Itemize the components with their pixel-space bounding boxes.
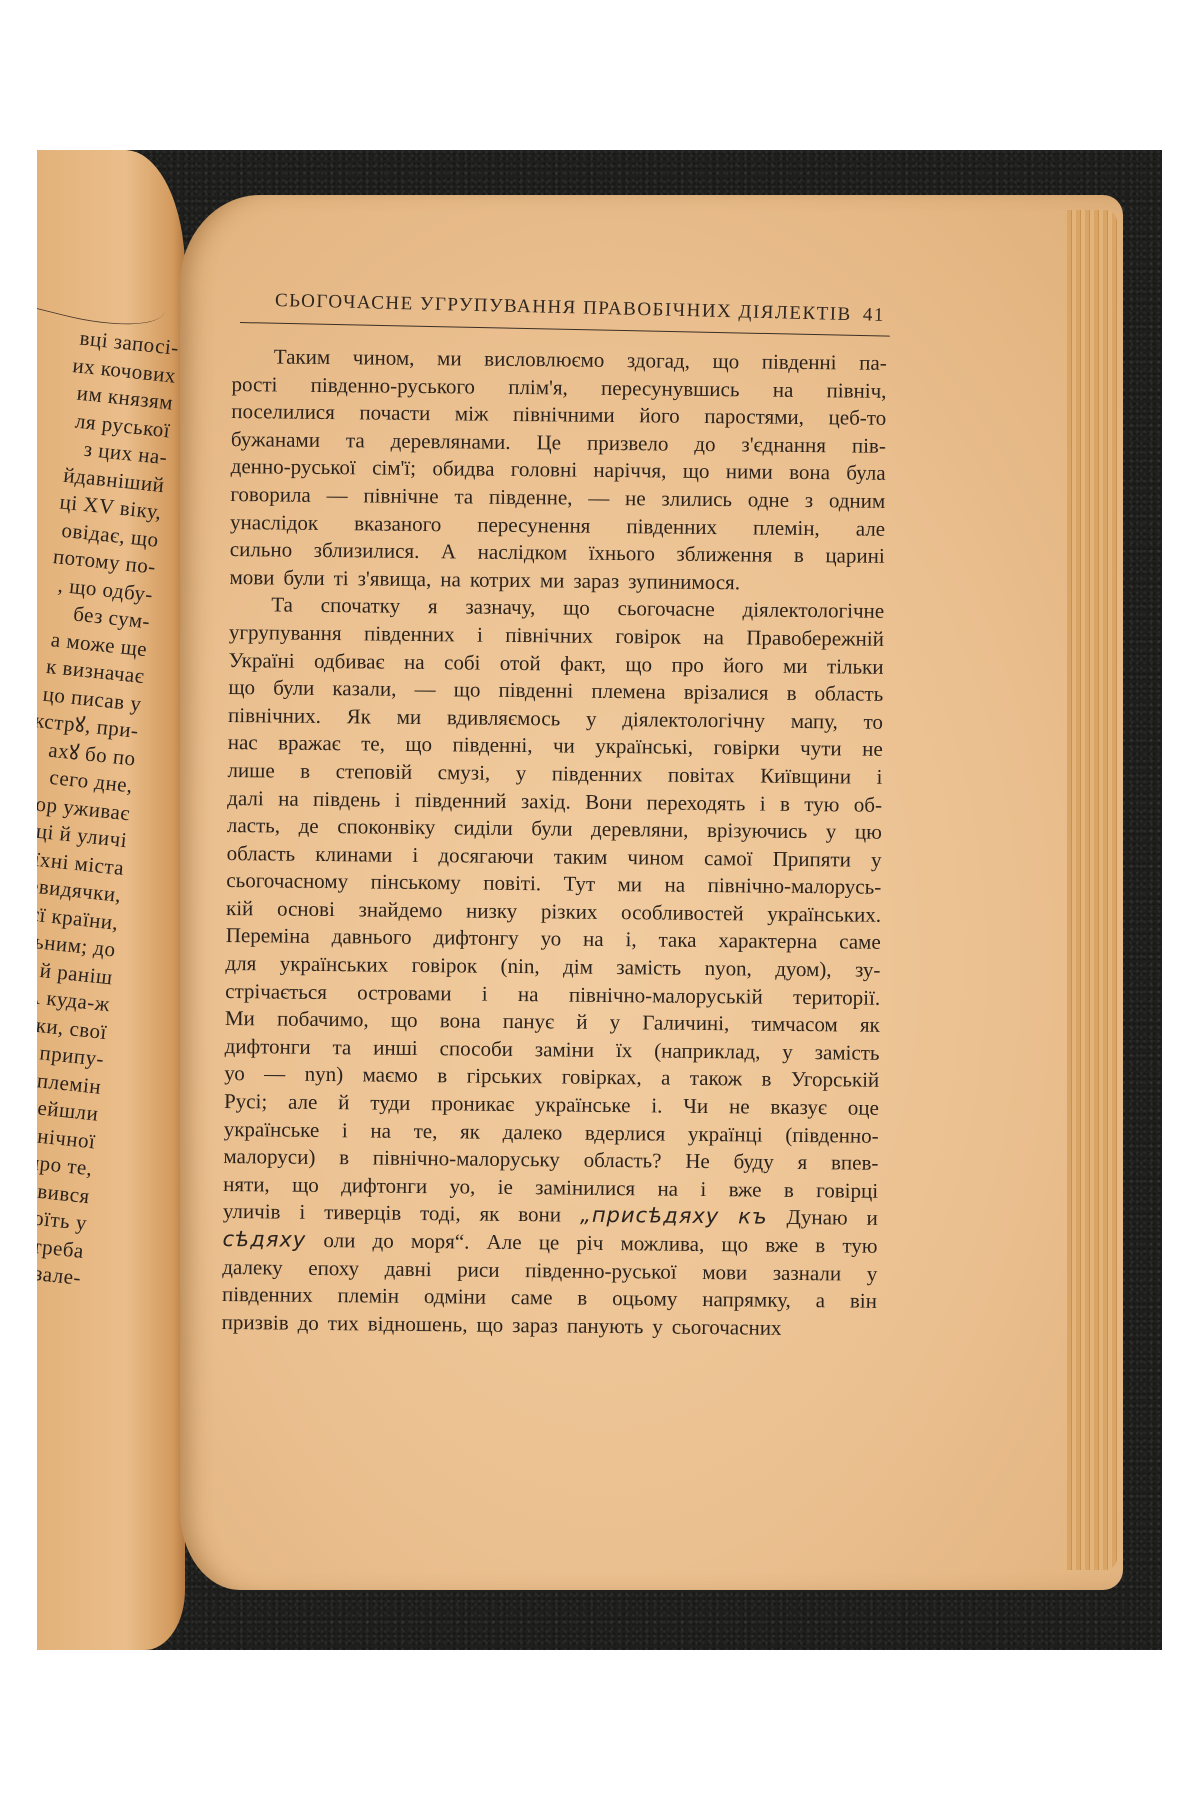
left-page-text: вці запосі-их кочовихим князямля руської… (37, 320, 185, 1293)
left-page: вці запосі-их кочовихим князямля руської… (37, 150, 185, 1650)
page-number: 41 (863, 304, 886, 327)
page-body: Такимчином,мивисловлюємоздогад,щопівденн… (222, 343, 887, 1343)
page-edges (1067, 210, 1117, 1570)
